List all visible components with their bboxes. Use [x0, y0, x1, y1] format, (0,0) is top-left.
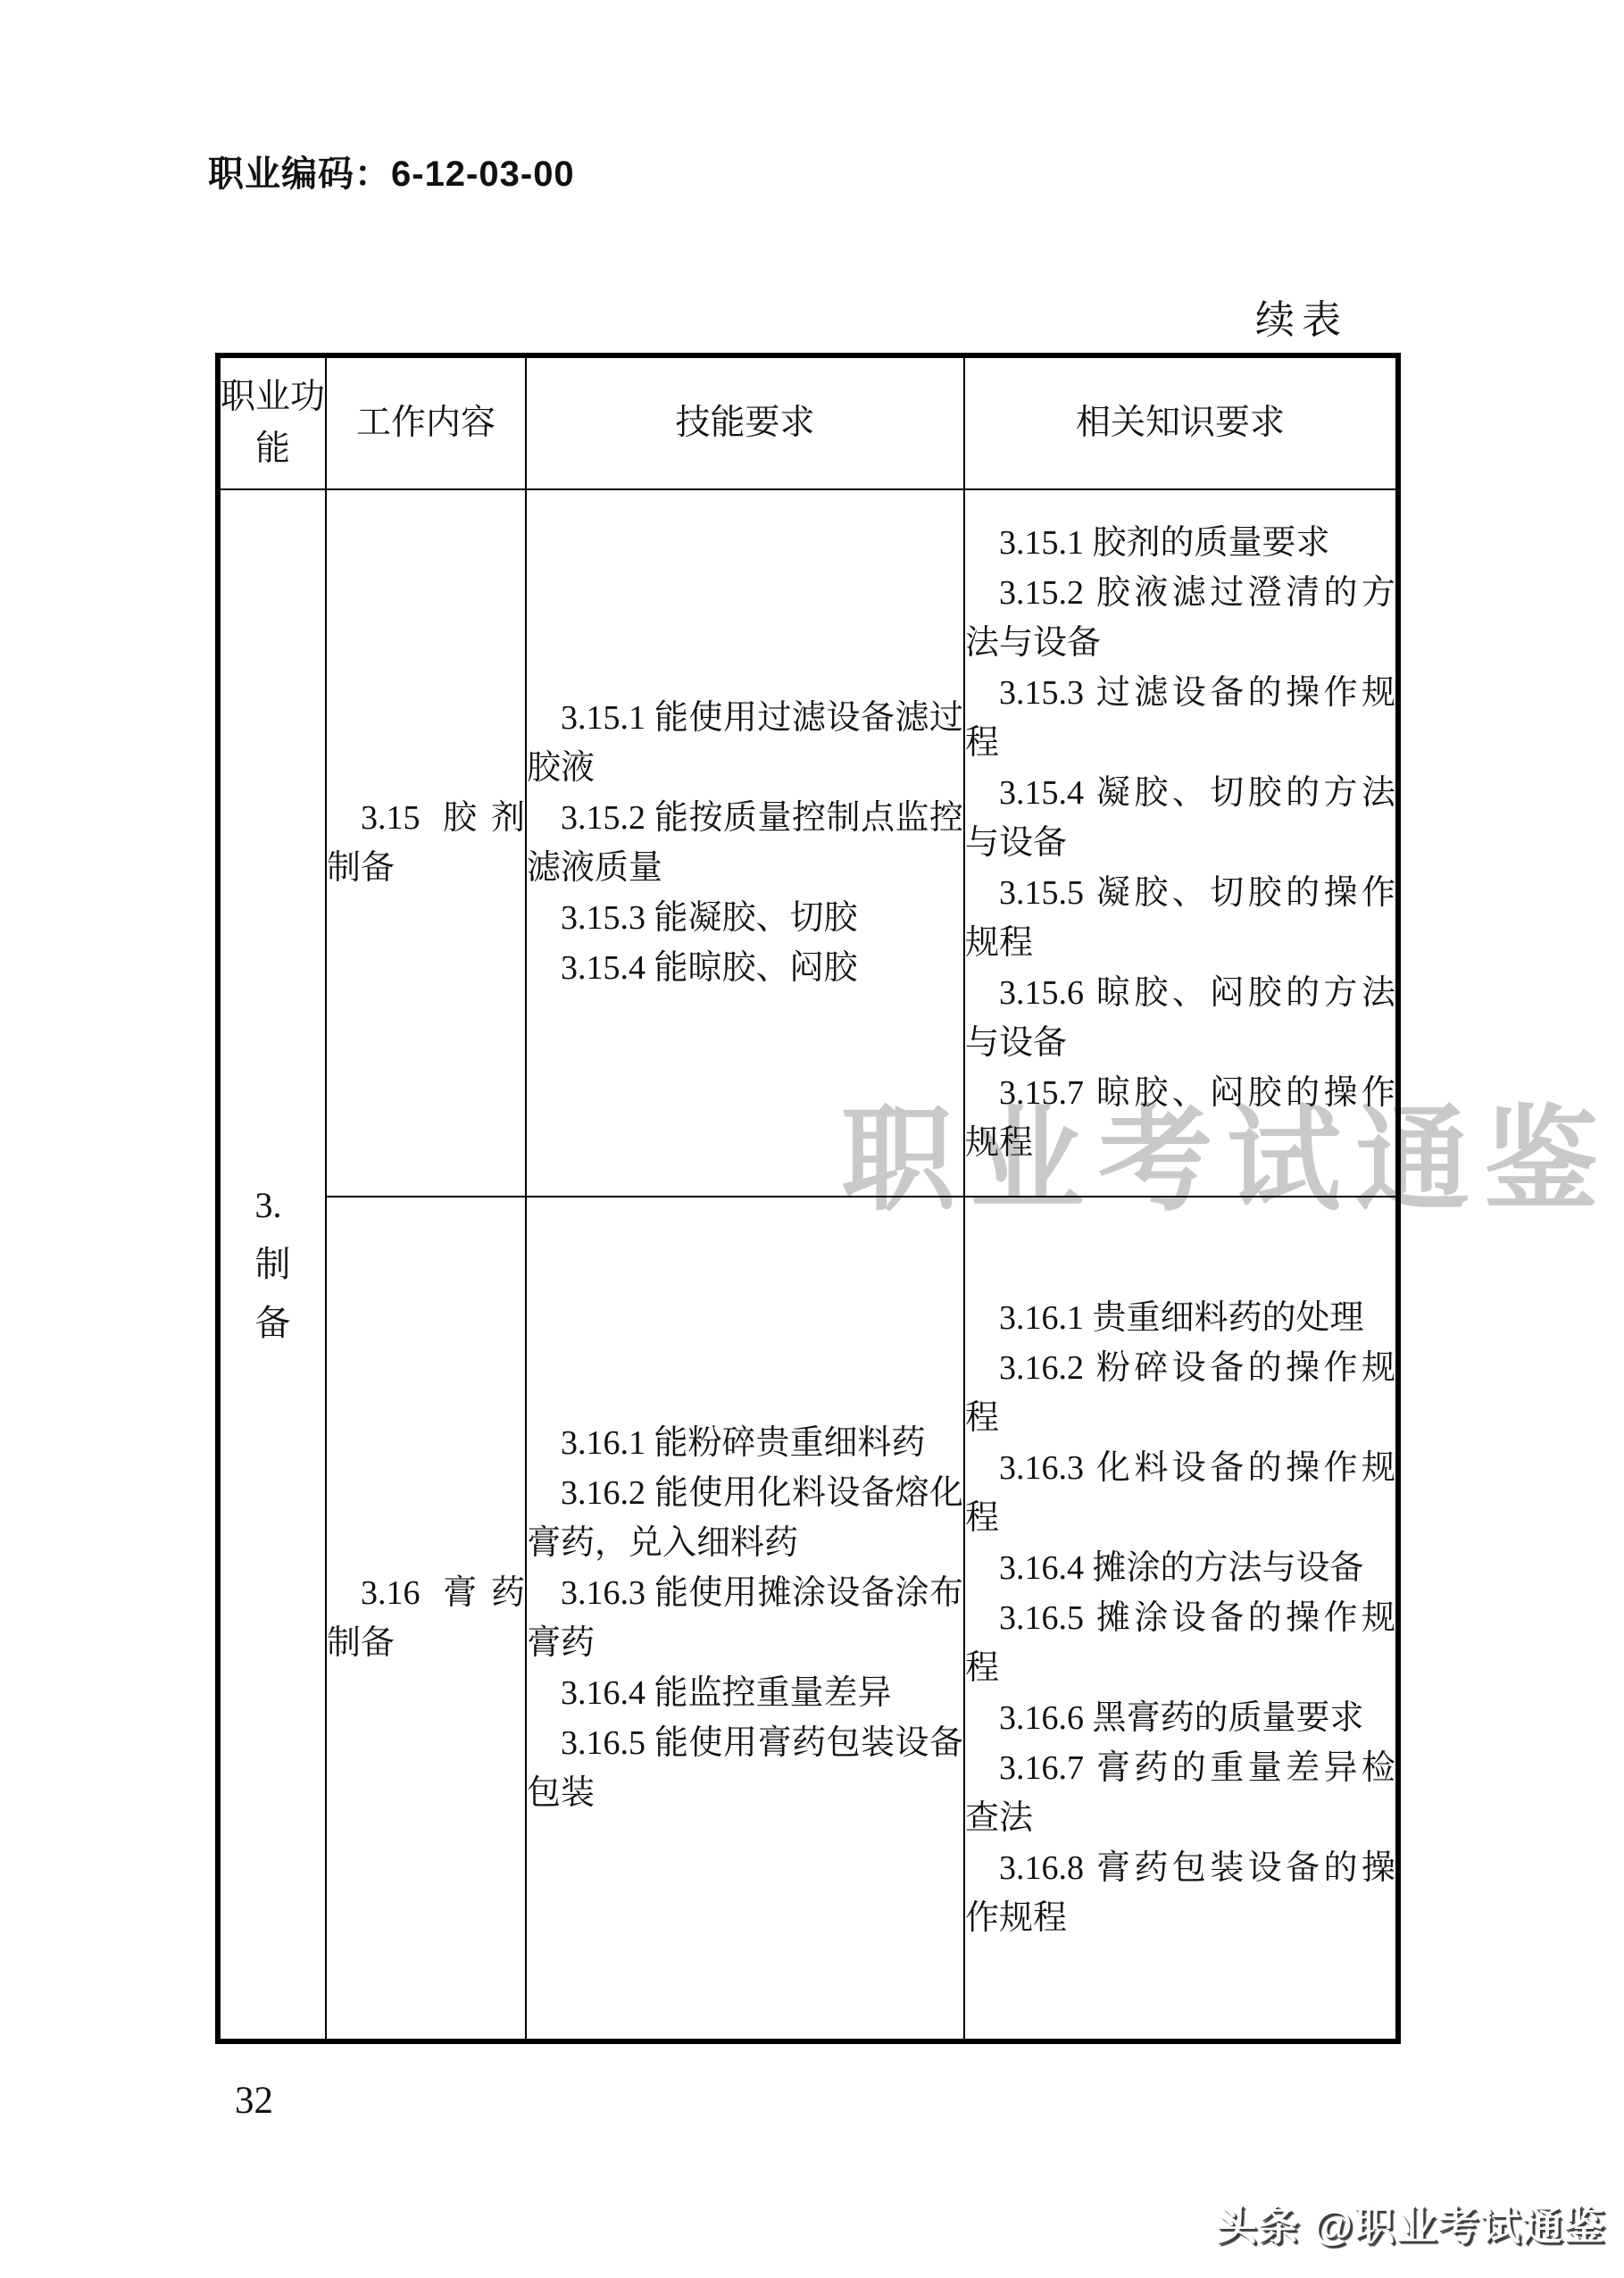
knowledge-requirements-cell: 3.15.1 胶剂的质量要求 3.15.2 胶液滤过澄清的方法与设备 3.15.… [964, 489, 1398, 1197]
header-occupation-function: 职业功能 [218, 355, 326, 489]
knowledge-item: 3.16.8 膏药包装设备的操作规程 [965, 1843, 1395, 1943]
skill-item: 3.15.3 能凝胶、切胶 [527, 893, 963, 943]
knowledge-item: 3.16.1 贵重细料药的处理 [965, 1293, 1395, 1343]
knowledge-item: 3.15.6 晾胶、闷胶的方法与设备 [965, 968, 1395, 1068]
work-content-text: 3.16 膏药制备 [327, 1568, 525, 1668]
knowledge-item: 3.15.1 胶剂的质量要求 [965, 518, 1395, 568]
knowledge-item: 3.16.7 膏药的重量差异检查法 [965, 1743, 1395, 1843]
occupation-standard-table: 职业功能 工作内容 技能要求 相关知识要求 3. 制 备 3.15 胶剂制备 [215, 353, 1401, 2044]
occupation-function-text: 3. 制 备 [255, 1176, 291, 1353]
header-work-content: 工作内容 [326, 355, 526, 489]
knowledge-item: 3.15.7 晾胶、闷胶的操作规程 [965, 1068, 1395, 1168]
skill-item: 3.16.3 能使用摊涂设备涂布膏药 [527, 1568, 963, 1668]
knowledge-item: 3.15.2 胶液滤过澄清的方法与设备 [965, 568, 1395, 668]
skill-item: 3.15.1 能使用过滤设备滤过胶液 [527, 693, 963, 793]
knowledge-item: 3.15.3 过滤设备的操作规程 [965, 668, 1395, 768]
knowledge-requirements-cell: 3.16.1 贵重细料药的处理 3.16.2 粉碎设备的操作规程 3.16.3 … [964, 1197, 1398, 2041]
skill-item: 3.16.5 能使用膏药包装设备包装 [527, 1718, 963, 1818]
skill-item: 3.16.2 能使用化料设备熔化膏药，兑入细料药 [527, 1468, 963, 1568]
knowledge-item: 3.15.4 凝胶、切胶的方法与设备 [965, 768, 1395, 868]
occupation-code-label: 职业编码：6-12-03-00 [208, 146, 575, 196]
occupation-function-cell: 3. 制 备 [218, 489, 326, 2041]
skill-item: 3.15.4 能晾胶、闷胶 [527, 943, 963, 993]
table-row: 3. 制 备 3.15 胶剂制备 3.15.1 能使用过滤设备滤过胶液 3.15… [218, 489, 1398, 1197]
skill-requirements-cell: 3.16.1 能粉碎贵重细料药 3.16.2 能使用化料设备熔化膏药，兑入细料药… [526, 1197, 964, 2041]
skill-item: 3.16.1 能粉碎贵重细料药 [527, 1418, 963, 1468]
table-header-row: 职业功能 工作内容 技能要求 相关知识要求 [218, 355, 1398, 489]
work-content-text: 3.15 胶剂制备 [327, 793, 525, 893]
page-number: 32 [235, 2079, 273, 2123]
knowledge-item: 3.16.4 摊涂的方法与设备 [965, 1543, 1395, 1593]
knowledge-item: 3.16.3 化料设备的操作规程 [965, 1443, 1395, 1543]
footer-brand-text: 头条 @职业考试通鉴 [1217, 2193, 1606, 2251]
work-content-cell: 3.16 膏药制备 [326, 1197, 526, 2041]
knowledge-item: 3.16.5 摊涂设备的操作规程 [965, 1593, 1395, 1693]
document-page: 职业编码：6-12-03-00 续表 职业考试通鉴 职业功能 工作内容 技能要求… [0, 0, 1624, 2278]
header-skill-requirements: 技能要求 [526, 355, 964, 489]
skill-item: 3.16.4 能监控重量差异 [527, 1668, 963, 1718]
knowledge-item: 3.16.2 粉碎设备的操作规程 [965, 1343, 1395, 1443]
knowledge-item: 3.16.6 黑膏药的质量要求 [965, 1693, 1395, 1743]
skill-item: 3.15.2 能按质量控制点监控滤液质量 [527, 793, 963, 893]
knowledge-item: 3.15.5 凝胶、切胶的操作规程 [965, 868, 1395, 968]
skill-requirements-cell: 3.15.1 能使用过滤设备滤过胶液 3.15.2 能按质量控制点监控滤液质量 … [526, 489, 964, 1197]
table-row: 3.16 膏药制备 3.16.1 能粉碎贵重细料药 3.16.2 能使用化料设备… [218, 1197, 1398, 2041]
continued-table-label: 续表 [1255, 288, 1348, 345]
header-knowledge-requirements: 相关知识要求 [964, 355, 1398, 489]
work-content-cell: 3.15 胶剂制备 [326, 489, 526, 1197]
